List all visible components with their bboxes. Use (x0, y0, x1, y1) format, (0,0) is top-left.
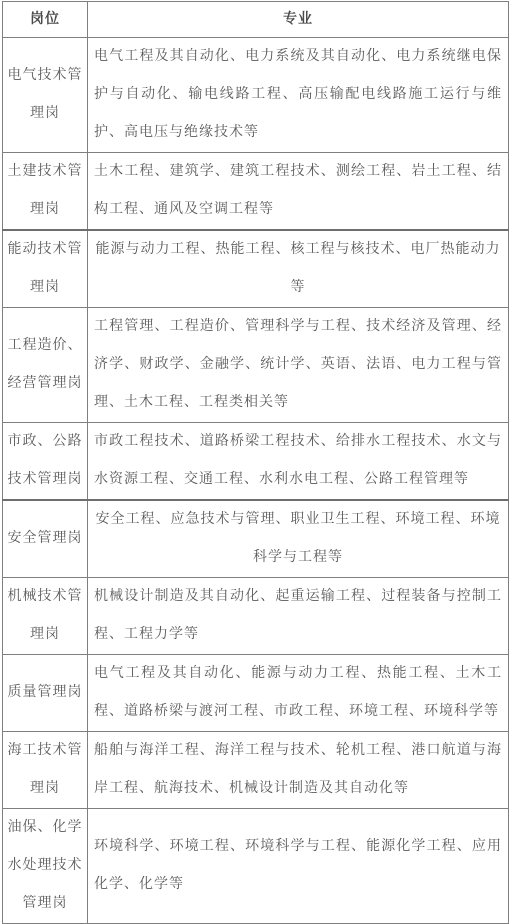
table-row: 油保、化学水处理技术管理岗 环境科学、环境工程、环境科学与工程、能源化学工程、应… (3, 809, 509, 924)
position-cell: 电气技术管理岗 (3, 38, 88, 153)
table-row: 机械技术管理岗 机械设计制造及其自动化、起重运输工程、过程装备与控制工程、工程力… (3, 578, 509, 655)
position-cell: 油保、化学水处理技术管理岗 (3, 809, 88, 924)
table-row: 海工技术管理岗 船舶与海洋工程、海洋工程与技术、轮机工程、港口航道与海岸工程、航… (3, 732, 509, 809)
position-major-table: 岗位 专业 电气技术管理岗 电气工程及其自动化、电力系统及其自动化、电力系统继电… (2, 1, 509, 924)
major-cell: 安全工程、应急技术与管理、职业卫生工程、环境工程、环境科学与工程等 (88, 500, 509, 578)
position-cell: 土建技术管理岗 (3, 153, 88, 231)
major-cell: 土木工程、建筑学、建筑工程技术、测绘工程、岩土工程、结构工程、通风及空调工程等 (88, 153, 509, 231)
position-cell: 质量管理岗 (3, 655, 88, 732)
major-cell: 电气工程及其自动化、能源与动力工程、热能工程、土木工程、道路桥梁与渡河工程、市政… (88, 655, 509, 732)
document-page: 岗位 专业 电气技术管理岗 电气工程及其自动化、电力系统及其自动化、电力系统继电… (0, 0, 512, 917)
table-row: 电气技术管理岗 电气工程及其自动化、电力系统及其自动化、电力系统继电保护与自动化… (3, 38, 509, 153)
major-cell: 船舶与海洋工程、海洋工程与技术、轮机工程、港口航道与海岸工程、航海技术、机械设计… (88, 732, 509, 809)
table-row: 安全管理岗 安全工程、应急技术与管理、职业卫生工程、环境工程、环境科学与工程等 (3, 500, 509, 578)
position-cell: 安全管理岗 (3, 500, 88, 578)
header-position: 岗位 (3, 2, 88, 38)
table-header-row: 岗位 专业 (3, 2, 509, 38)
major-cell: 能源与动力工程、热能工程、核工程与核技术、电厂热能动力等 (88, 230, 509, 308)
major-cell: 工程管理、工程造价、管理科学与工程、技术经济及管理、经济学、财政学、金融学、统计… (88, 308, 509, 423)
table-row: 能动技术管理岗 能源与动力工程、热能工程、核工程与核技术、电厂热能动力等 (3, 230, 509, 308)
major-cell: 环境科学、环境工程、环境科学与工程、能源化学工程、应用化学、化学等 (88, 809, 509, 924)
table-row: 工程造价、经营管理岗 工程管理、工程造价、管理科学与工程、技术经济及管理、经济学… (3, 308, 509, 423)
major-cell: 市政工程技术、道路桥梁工程技术、给排水工程技术、水文与水资源工程、交通工程、水利… (88, 423, 509, 501)
table-row: 质量管理岗 电气工程及其自动化、能源与动力工程、热能工程、土木工程、道路桥梁与渡… (3, 655, 509, 732)
table-row: 土建技术管理岗 土木工程、建筑学、建筑工程技术、测绘工程、岩土工程、结构工程、通… (3, 153, 509, 231)
position-cell: 能动技术管理岗 (3, 230, 88, 308)
position-cell: 海工技术管理岗 (3, 732, 88, 809)
position-cell: 市政、公路技术管理岗 (3, 423, 88, 501)
table-row: 市政、公路技术管理岗 市政工程技术、道路桥梁工程技术、给排水工程技术、水文与水资… (3, 423, 509, 501)
header-major: 专业 (88, 2, 509, 38)
position-cell: 机械技术管理岗 (3, 578, 88, 655)
position-cell: 工程造价、经营管理岗 (3, 308, 88, 423)
major-cell: 电气工程及其自动化、电力系统及其自动化、电力系统继电保护与自动化、输电线路工程、… (88, 38, 509, 153)
major-cell: 机械设计制造及其自动化、起重运输工程、过程装备与控制工程、工程力学等 (88, 578, 509, 655)
